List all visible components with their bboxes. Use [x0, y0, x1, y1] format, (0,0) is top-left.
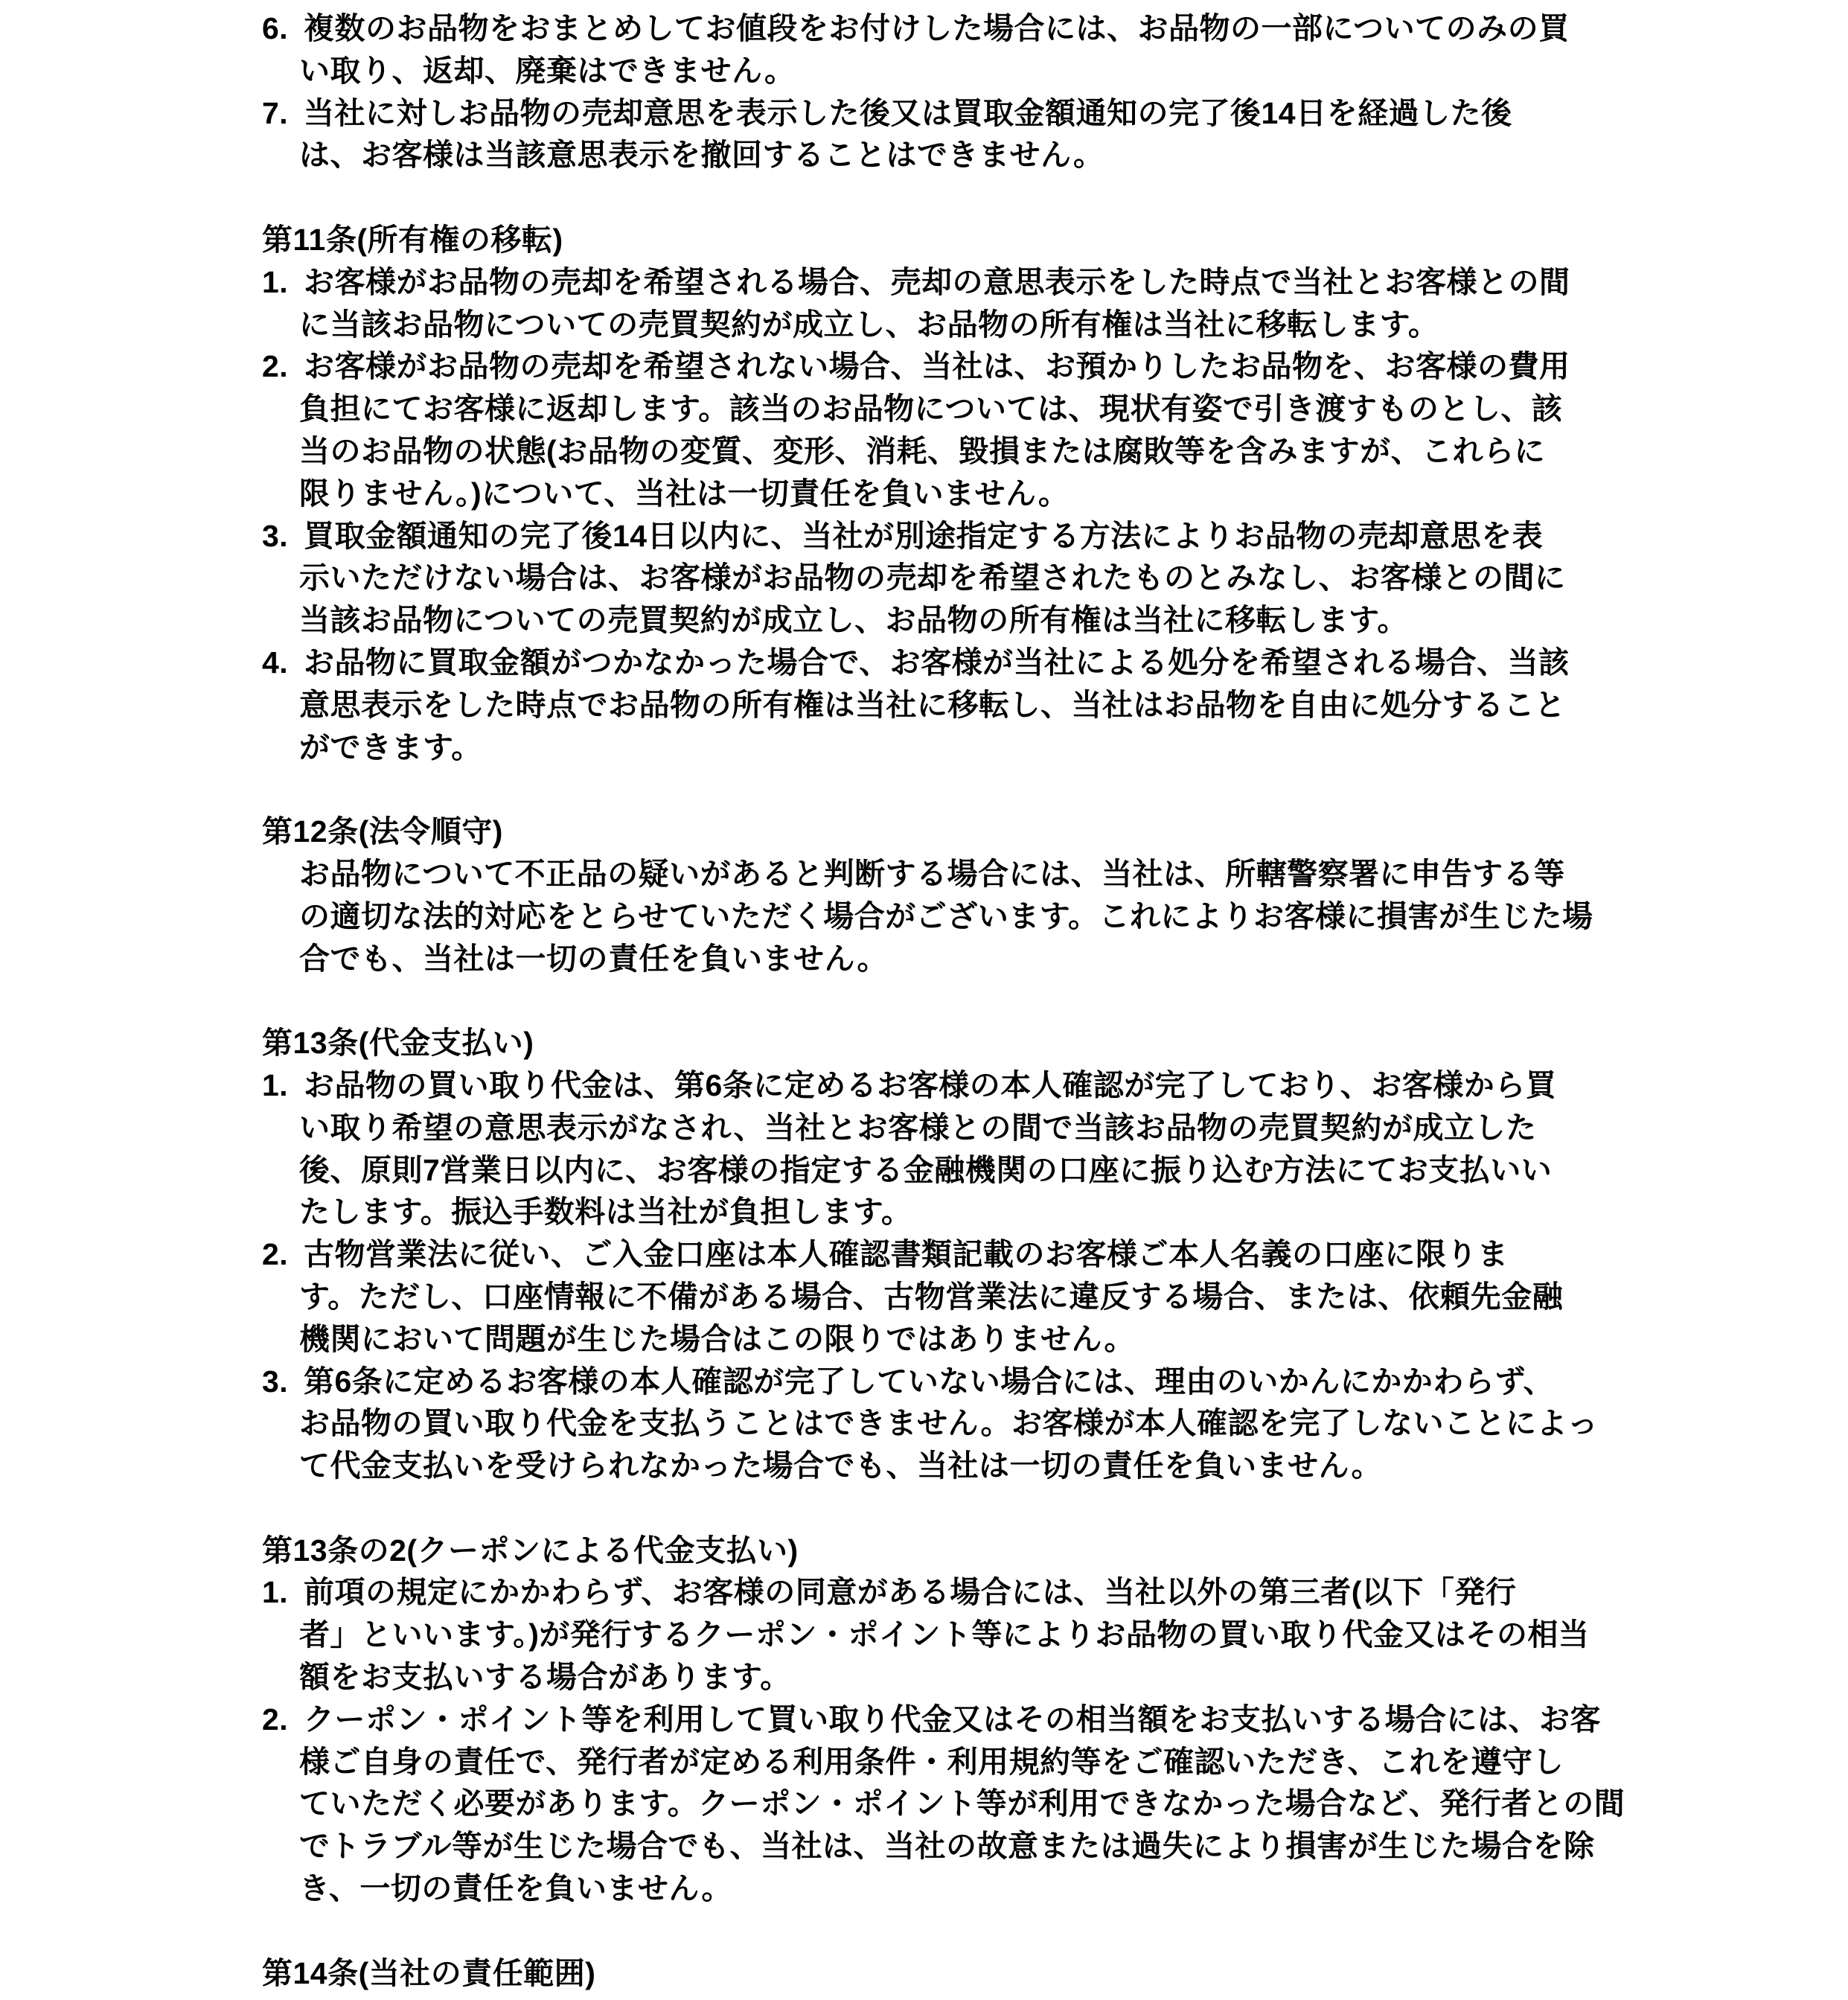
- article-header: 第11条(所有権の移転): [262, 219, 1602, 261]
- text-line: 6.複数のお品物をおまとめしてお値段をお付けした場合には、お品物の一部についての…: [262, 7, 1602, 50]
- text-line: い取り希望の意思表示がなされ、当社とお客様との間で当該お品物の売買契約が成立した: [262, 1107, 1602, 1149]
- line-text: お品物の買い取り代金は、第6条に定めるお客様の本人確認が完了しており、お客様から…: [304, 1068, 1556, 1102]
- text-line: ていただく必要があります。クーポン・ポイント等が利用できなかった場合など、発行者…: [262, 1783, 1602, 1825]
- text-line: て代金支払いを受けられなかった場合でも、当社は一切の責任を負いません。: [262, 1445, 1602, 1487]
- numbered-item: 7.当社に対しお品物の売却意思を表示した後又は買取金額通知の完了後14日を経過し…: [262, 92, 1602, 177]
- text-line: 3.第6条に定めるお客様の本人確認が完了していない場合には、理由のいかんにかかわ…: [262, 1361, 1602, 1403]
- numbered-item: 1.お品物の買い取り代金は、第6条に定めるお客様の本人確認が完了しており、お客様…: [262, 1064, 1602, 1233]
- text-line: たします。振込手数料は当社が負担します。: [262, 1191, 1602, 1233]
- numbered-item: 4.お品物に買取金額がつかなかった場合で、お客様が当社による処分を希望される場合…: [262, 642, 1602, 768]
- numbered-item: 6.複数のお品物をおまとめしてお値段をお付けした場合には、お品物の一部についての…: [262, 7, 1602, 92]
- numbered-item: 2.お客様がお品物の売却を希望されない場合、当社は、お預かりしたお品物を、お客様…: [262, 345, 1602, 514]
- text-line: 限りません。)について、当社は一切責任を負いません。: [262, 473, 1602, 515]
- text-line: 当該お品物についての売買契約が成立し、お品物の所有権は当社に移転します。: [262, 599, 1602, 642]
- text-line: 機関において問題が生じた場合はこの限りではありません。: [262, 1318, 1602, 1361]
- line-text: お品物に買取金額がつかなかった場合で、お客様が当社による処分を希望される場合、当…: [304, 645, 1570, 680]
- numbered-item: 2.クーポン・ポイント等を利用して買い取り代金又はその相当額をお支払いする場合に…: [262, 1699, 1602, 1910]
- line-text: 当社に対しお品物の売却意思を表示した後又は買取金額通知の完了後14日を経過した後: [304, 96, 1512, 130]
- text-line: 者」といいます。)が発行するクーポン・ポイント等によりお品物の買い取り代金又はそ…: [262, 1614, 1602, 1656]
- text-line: 3.買取金額通知の完了後14日以内に、当社が別途指定する方法によりお品物の売却意…: [262, 515, 1602, 557]
- text-line: 1.お客様がお品物の売却を希望される場合、売却の意思表示をした時点で当社とお客様…: [262, 261, 1602, 304]
- line-text: お客様がお品物の売却を希望されない場合、当社は、お預かりしたお品物を、お客様の費…: [304, 349, 1570, 383]
- numbered-item: 3.第6条に定めるお客様の本人確認が完了していない場合には、理由のいかんにかかわ…: [262, 1361, 1602, 1487]
- text-line: お品物の買い取り代金を支払うことはできません。お客様が本人確認を完了しないことに…: [262, 1402, 1602, 1445]
- item-number: 2.: [262, 345, 304, 388]
- text-line: す。ただし、口座情報に不備がある場合、古物営業法に違反する場合、または、依頼先金…: [262, 1276, 1602, 1318]
- document-body: 6.複数のお品物をおまとめしてお値段をお付けした場合には、お品物の一部についての…: [262, 7, 1602, 1994]
- text-line: 2.クーポン・ポイント等を利用して買い取り代金又はその相当額をお支払いする場合に…: [262, 1699, 1602, 1741]
- text-line: に当該お品物についての売買契約が成立し、お品物の所有権は当社に移転します。: [262, 304, 1602, 346]
- item-number: 3.: [262, 515, 304, 557]
- article-paragraph: お品物について不正品の疑いがあると判断する場合には、当社は、所轄警察署に申告する…: [262, 853, 1602, 980]
- line-text: クーポン・ポイント等を利用して買い取り代金又はその相当額をお支払いする場合には、…: [304, 1702, 1601, 1737]
- item-number: 1.: [262, 1571, 304, 1614]
- text-line: 後、原則7営業日以内に、お客様の指定する金融機関の口座に振り込む方法にてお支払い…: [262, 1149, 1602, 1192]
- item-number: 2.: [262, 1699, 304, 1741]
- text-line: き、一切の責任を負いません。: [262, 1868, 1602, 1910]
- text-line: 4.お品物に買取金額がつかなかった場合で、お客様が当社による処分を希望される場合…: [262, 642, 1602, 684]
- line-text: 第6条に定めるお客様の本人確認が完了していない場合には、理由のいかんにかかわらず…: [304, 1364, 1554, 1399]
- text-line: 様ご自身の責任で、発行者が定める利用条件・利用規約等をご確認いただき、これを遵守…: [262, 1741, 1602, 1783]
- item-number: 7.: [262, 92, 304, 135]
- text-line: い取り、返却、廃棄はできません。: [262, 50, 1602, 92]
- text-line: 1.前項の規定にかかわらず、お客様の同意がある場合には、当社以外の第三者(以下「…: [262, 1571, 1602, 1614]
- item-number: 2.: [262, 1233, 304, 1276]
- item-number: 6.: [262, 7, 304, 50]
- text-line: ができます。: [262, 726, 1602, 769]
- text-line: 額をお支払いする場合があります。: [262, 1656, 1602, 1699]
- article-header: 第13条の2(クーポンによる代金支払い): [262, 1530, 1602, 1572]
- line-text: 前項の規定にかかわらず、お客様の同意がある場合には、当社以外の第三者(以下「発行: [304, 1575, 1516, 1609]
- text-line: 当のお品物の状態(お品物の変質、変形、消耗、毀損または腐敗等を含みますが、これら…: [262, 430, 1602, 473]
- text-line: でトラブル等が生じた場合でも、当社は、当社の故意または過失により損害が生じた場合…: [262, 1825, 1602, 1868]
- numbered-item: 1.前項の規定にかかわらず、お客様の同意がある場合には、当社以外の第三者(以下「…: [262, 1571, 1602, 1698]
- article-header: 第13条(代金支払い): [262, 1022, 1602, 1064]
- text-line: 示いただけない場合は、お客様がお品物の売却を希望されたものとみなし、お客様との間…: [262, 557, 1602, 599]
- item-number: 3.: [262, 1361, 304, 1403]
- text-line: 2.古物営業法に従い、ご入金口座は本人確認書類記載のお客様ご本人名義の口座に限り…: [262, 1233, 1602, 1276]
- text-line: 負担にてお客様に返却します。該当のお品物については、現状有姿で引き渡すものとし、…: [262, 388, 1602, 430]
- item-number: 1.: [262, 261, 304, 304]
- text-line: 合でも、当社は一切の責任を負いません。: [262, 938, 1602, 980]
- text-line: お品物について不正品の疑いがあると判断する場合には、当社は、所轄警察署に申告する…: [262, 853, 1602, 895]
- text-line: は、お客様は当該意思表示を撤回することはできません。: [262, 134, 1602, 176]
- item-number: 1.: [262, 1064, 304, 1107]
- text-line: 2.お客様がお品物の売却を希望されない場合、当社は、お預かりしたお品物を、お客様…: [262, 345, 1602, 388]
- text-line: 意思表示をした時点でお品物の所有権は当社に移転し、当社はお品物を自由に処分するこ…: [262, 684, 1602, 726]
- numbered-item: 1.お客様がお品物の売却を希望される場合、売却の意思表示をした時点で当社とお客様…: [262, 261, 1602, 346]
- text-line: の適切な法的対応をとらせていただく場合がございます。これによりお客様に損害が生じ…: [262, 895, 1602, 938]
- line-text: 複数のお品物をおまとめしてお値段をお付けした場合には、お品物の一部についてのみの…: [304, 11, 1570, 45]
- article-header: 第12条(法令順守): [262, 811, 1602, 853]
- text-line: 1.お品物の買い取り代金は、第6条に定めるお客様の本人確認が完了しており、お客様…: [262, 1064, 1602, 1107]
- line-text: 古物営業法に従い、ご入金口座は本人確認書類記載のお客様ご本人名義の口座に限りま: [304, 1237, 1509, 1271]
- line-text: 買取金額通知の完了後14日以内に、当社が別途指定する方法によりお品物の売却意思を…: [304, 519, 1543, 553]
- item-number: 4.: [262, 642, 304, 684]
- line-text: お客様がお品物の売却を希望される場合、売却の意思表示をした時点で当社とお客様との…: [304, 265, 1570, 299]
- article-header: 第14条(当社の責任範囲): [262, 1952, 1602, 1995]
- numbered-item: 2.古物営業法に従い、ご入金口座は本人確認書類記載のお客様ご本人名義の口座に限り…: [262, 1233, 1602, 1360]
- text-line: 7.当社に対しお品物の売却意思を表示した後又は買取金額通知の完了後14日を経過し…: [262, 92, 1602, 135]
- numbered-item: 3.買取金額通知の完了後14日以内に、当社が別途指定する方法によりお品物の売却意…: [262, 515, 1602, 642]
